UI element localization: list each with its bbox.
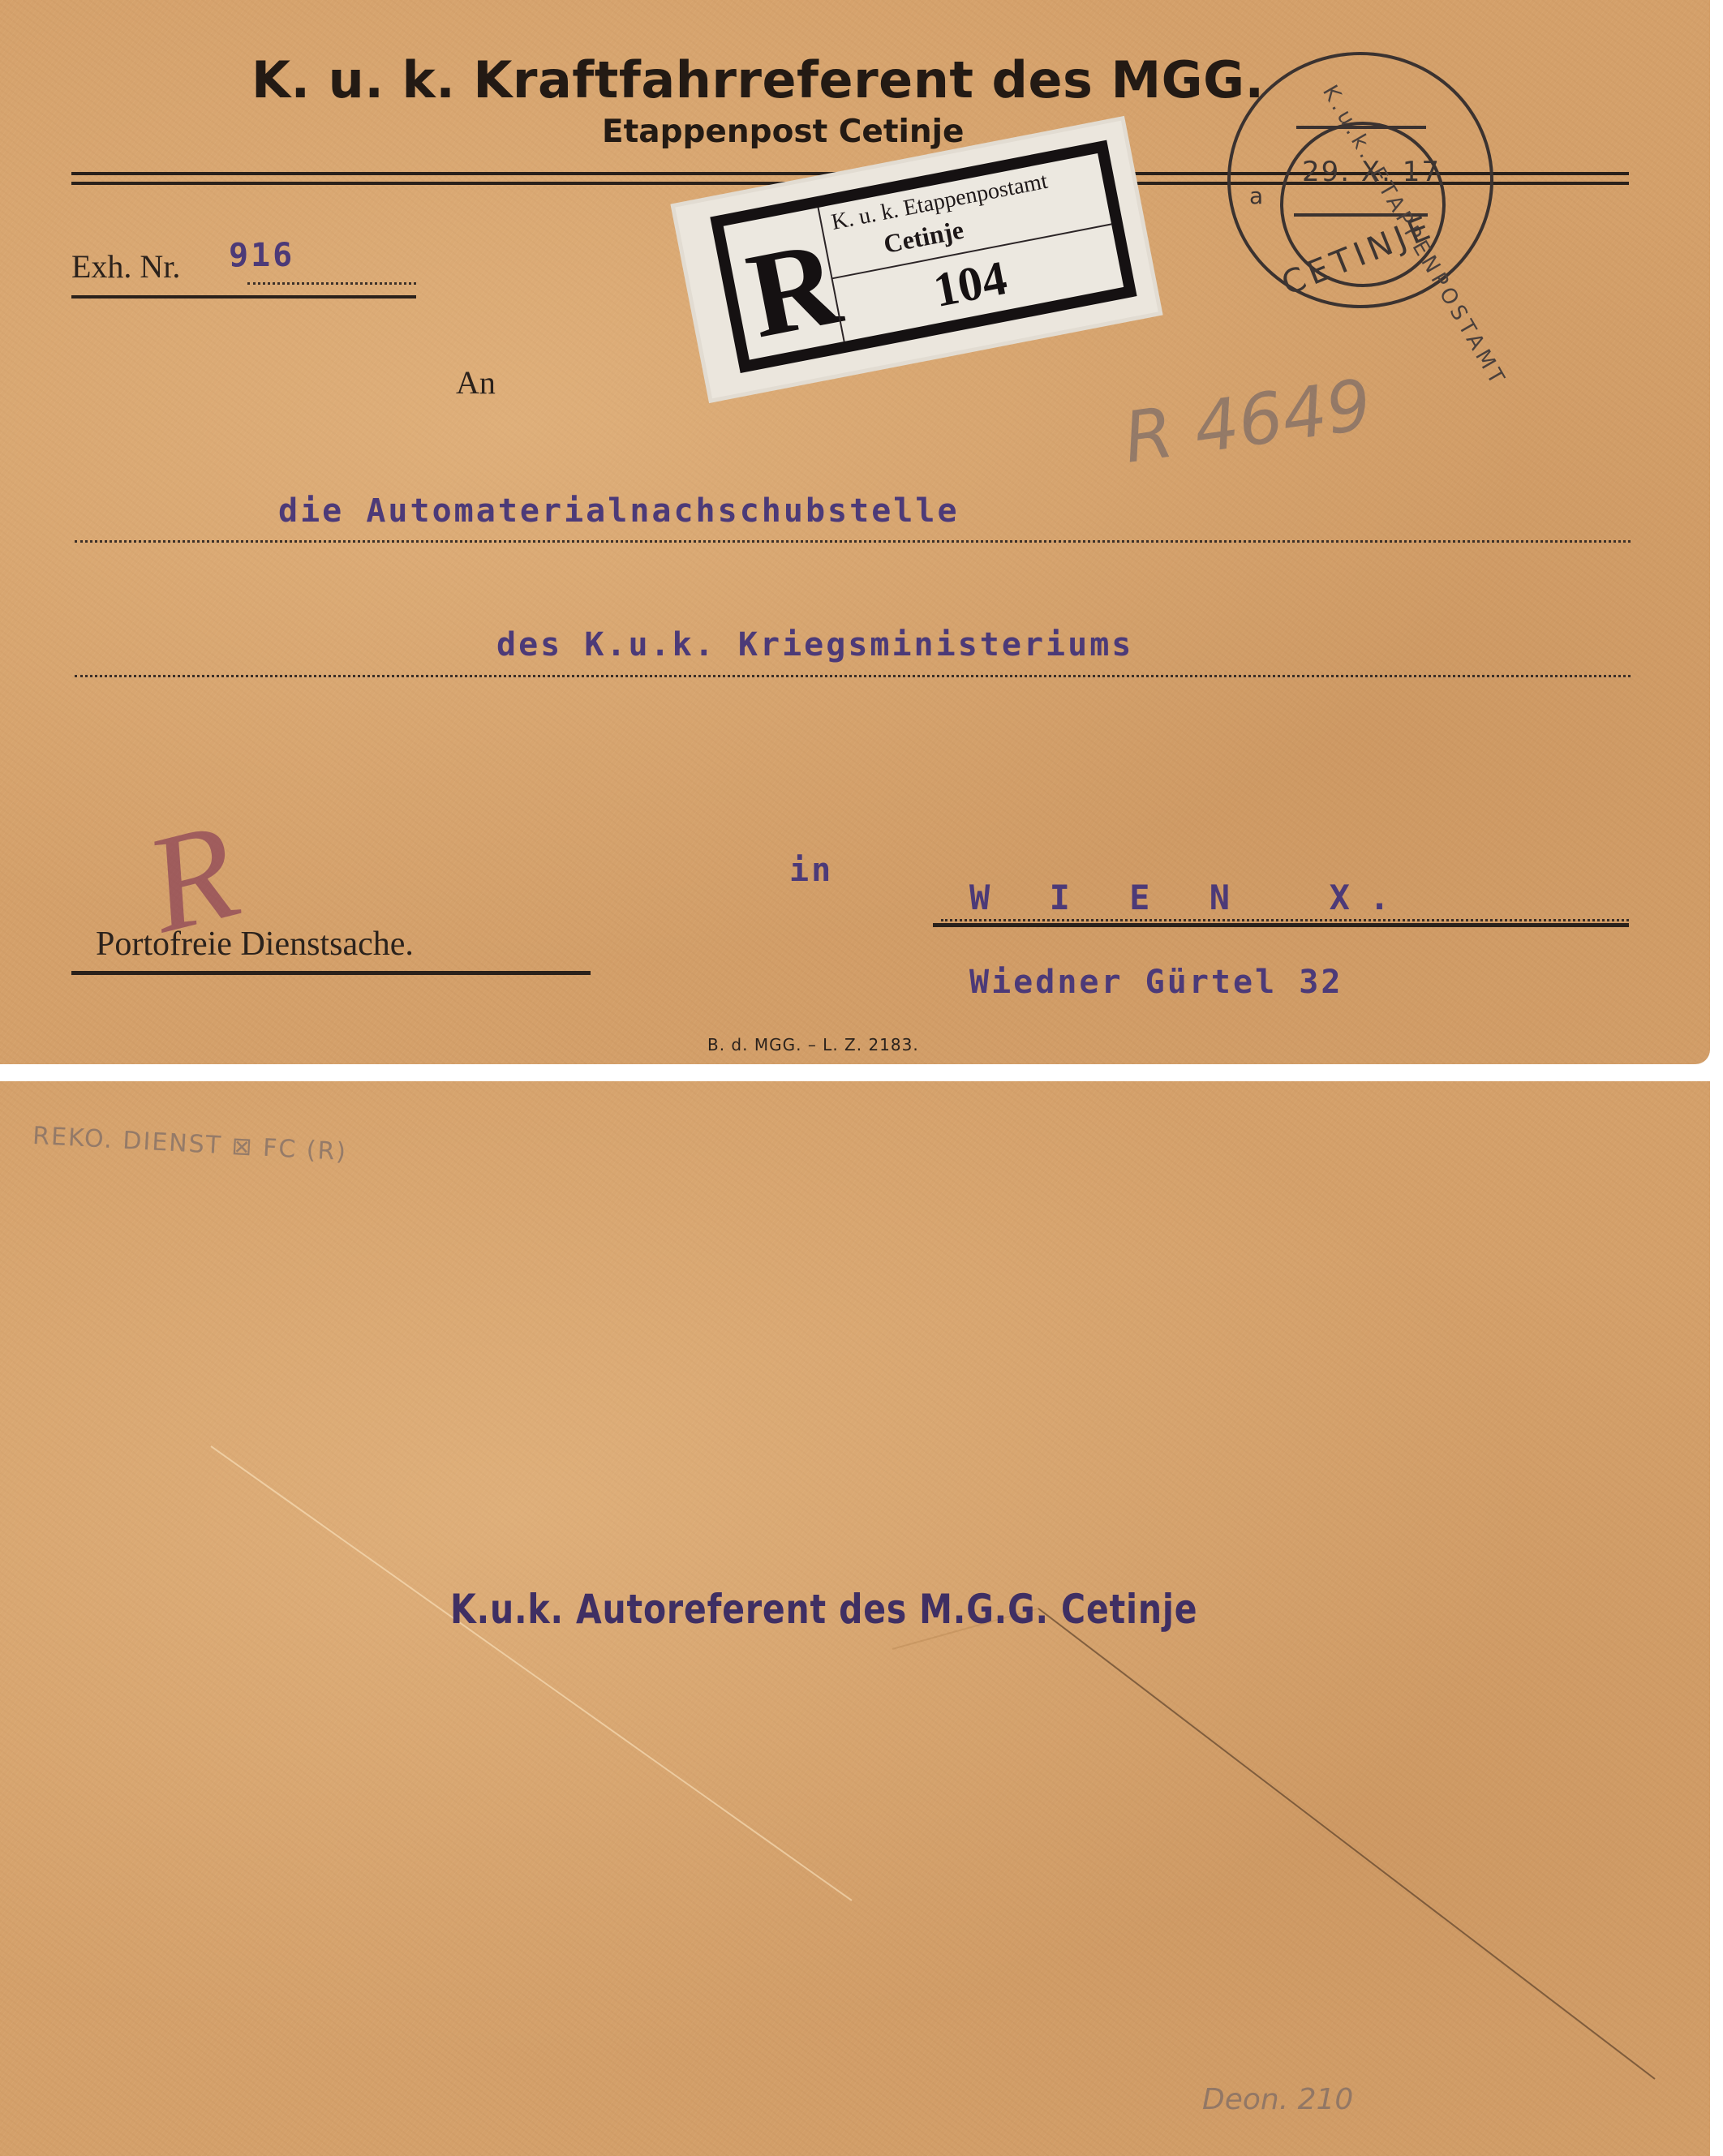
exhibit-underline (71, 295, 416, 298)
address-dotted-line-2 (75, 675, 1631, 677)
city-underline (933, 923, 1629, 927)
printed-header-subtitle: Etappenpost Cetinje (602, 114, 964, 150)
exhibit-number-field: Exh. Nr. (71, 247, 180, 286)
printer-imprint: B. d. MGG. – L. Z. 2183. (707, 1035, 919, 1054)
city-dotted-line (941, 919, 1629, 921)
address-line-1: die Automaterialnachschubstelle (278, 492, 960, 530)
registration-letter: R (739, 221, 849, 358)
pencil-note-bottom: Deon. 210 (1202, 2083, 1353, 2116)
registration-label: R K. u. k. Etappenpostamt Cetinje 104 (675, 121, 1158, 398)
address-prefix: An (456, 363, 496, 402)
postmark-letter: a (1249, 183, 1263, 209)
postage-free-note: Portofreie Dienstsache. (96, 925, 414, 964)
address-line-2: des K.u.k. Kriegsministeriums (496, 626, 1133, 664)
registration-number: 104 (929, 250, 1012, 319)
postmark-date: 29. X. 17 (1302, 156, 1441, 188)
exhibit-number-value: 916 (229, 237, 294, 274)
exhibit-dotted-line (247, 282, 416, 285)
sender-handstamp: K.u.k. Autoreferent des M.G.G. Cetinje (450, 1586, 1197, 1633)
address-in-label: in (789, 852, 833, 889)
exhibit-label: Exh. Nr. (71, 248, 180, 285)
envelope-back: REKO. DIENST ⊠ FC (R) K.u.k. Autoreferen… (0, 1081, 1710, 2156)
address-dotted-line-1 (75, 540, 1631, 543)
envelope-front: K. u. k. Kraftfahrreferent des MGG. Etap… (0, 0, 1710, 1064)
postage-free-underline (71, 971, 591, 975)
pencil-registration-note: R 4649 (1119, 364, 1377, 479)
address-street: Wiedner Gürtel 32 (969, 964, 1343, 1001)
address-city: W I E N X. (969, 878, 1409, 917)
